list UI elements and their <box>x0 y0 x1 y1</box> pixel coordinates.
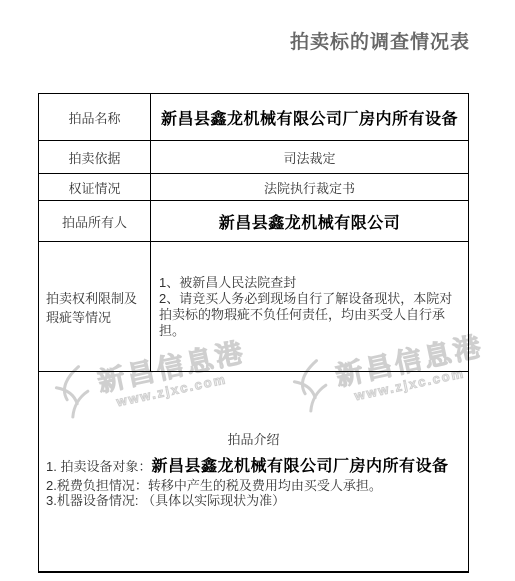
intro-item-equipment-prefix: 1. 拍卖设备对象： <box>46 459 151 474</box>
auction-info-table: 拍品名称 新昌县鑫龙机械有限公司厂房内所有设备 拍卖依据 司法裁定 权证情况 法… <box>38 93 469 573</box>
row-label-item-name: 拍品名称 <box>39 94 151 140</box>
restriction-line-1: 1、被新昌人民法院查封 <box>159 275 296 291</box>
table-row-auction-basis: 拍卖依据 司法裁定 <box>39 141 468 174</box>
row-value-auction-basis: 司法裁定 <box>151 141 468 173</box>
intro-list: 1. 拍卖设备对象：新昌县鑫龙机械有限公司厂房内所有设备 2.税费负担情况：转移… <box>46 456 460 508</box>
intro-item-equipment-value: 新昌县鑫龙机械有限公司厂房内所有设备 <box>151 458 448 475</box>
row-label-certificate-status: 权证情况 <box>39 174 151 200</box>
row-value-item-owner: 新昌县鑫龙机械有限公司 <box>151 201 468 241</box>
table-row-item-name: 拍品名称 新昌县鑫龙机械有限公司厂房内所有设备 <box>39 94 468 141</box>
intro-section-title: 拍品介绍 <box>39 429 468 448</box>
table-row-certificate-status: 权证情况 法院执行裁定书 <box>39 174 468 201</box>
intro-item-taxes: 2.税费负担情况：转移中产生的税及费用均由买受人承担。 <box>46 478 460 493</box>
page-title: 拍卖标的调查情况表 <box>0 27 470 54</box>
intro-item-equipment: 1. 拍卖设备对象：新昌县鑫龙机械有限公司厂房内所有设备 <box>46 456 460 478</box>
intro-item-machine-condition: 3.机器设备情况: （具体以实际现状为准） <box>46 493 460 508</box>
row-label-restrictions: 拍卖权利限制及瑕疵等情况 <box>39 242 151 371</box>
table-row-item-owner: 拍品所有人 新昌县鑫龙机械有限公司 <box>39 201 468 242</box>
table-row-restrictions: 拍卖权利限制及瑕疵等情况 1、被新昌人民法院查封 2、请竞买人务必到现场自行了解… <box>39 242 468 372</box>
row-label-auction-basis: 拍卖依据 <box>39 141 151 173</box>
restriction-line-2: 2、请竞买人务必到现场自行了解设备现状，本院对拍卖标的物瑕疵不负任何责任，均由买… <box>159 291 456 339</box>
row-value-item-name: 新昌县鑫龙机械有限公司厂房内所有设备 <box>151 94 468 140</box>
row-value-restrictions: 1、被新昌人民法院查封 2、请竞买人务必到现场自行了解设备现状，本院对拍卖标的物… <box>151 242 468 371</box>
row-value-certificate-status: 法院执行裁定书 <box>151 174 468 200</box>
table-row-intro: 拍品介绍 1. 拍卖设备对象：新昌县鑫龙机械有限公司厂房内所有设备 2.税费负担… <box>39 372 468 571</box>
row-label-item-owner: 拍品所有人 <box>39 201 151 241</box>
